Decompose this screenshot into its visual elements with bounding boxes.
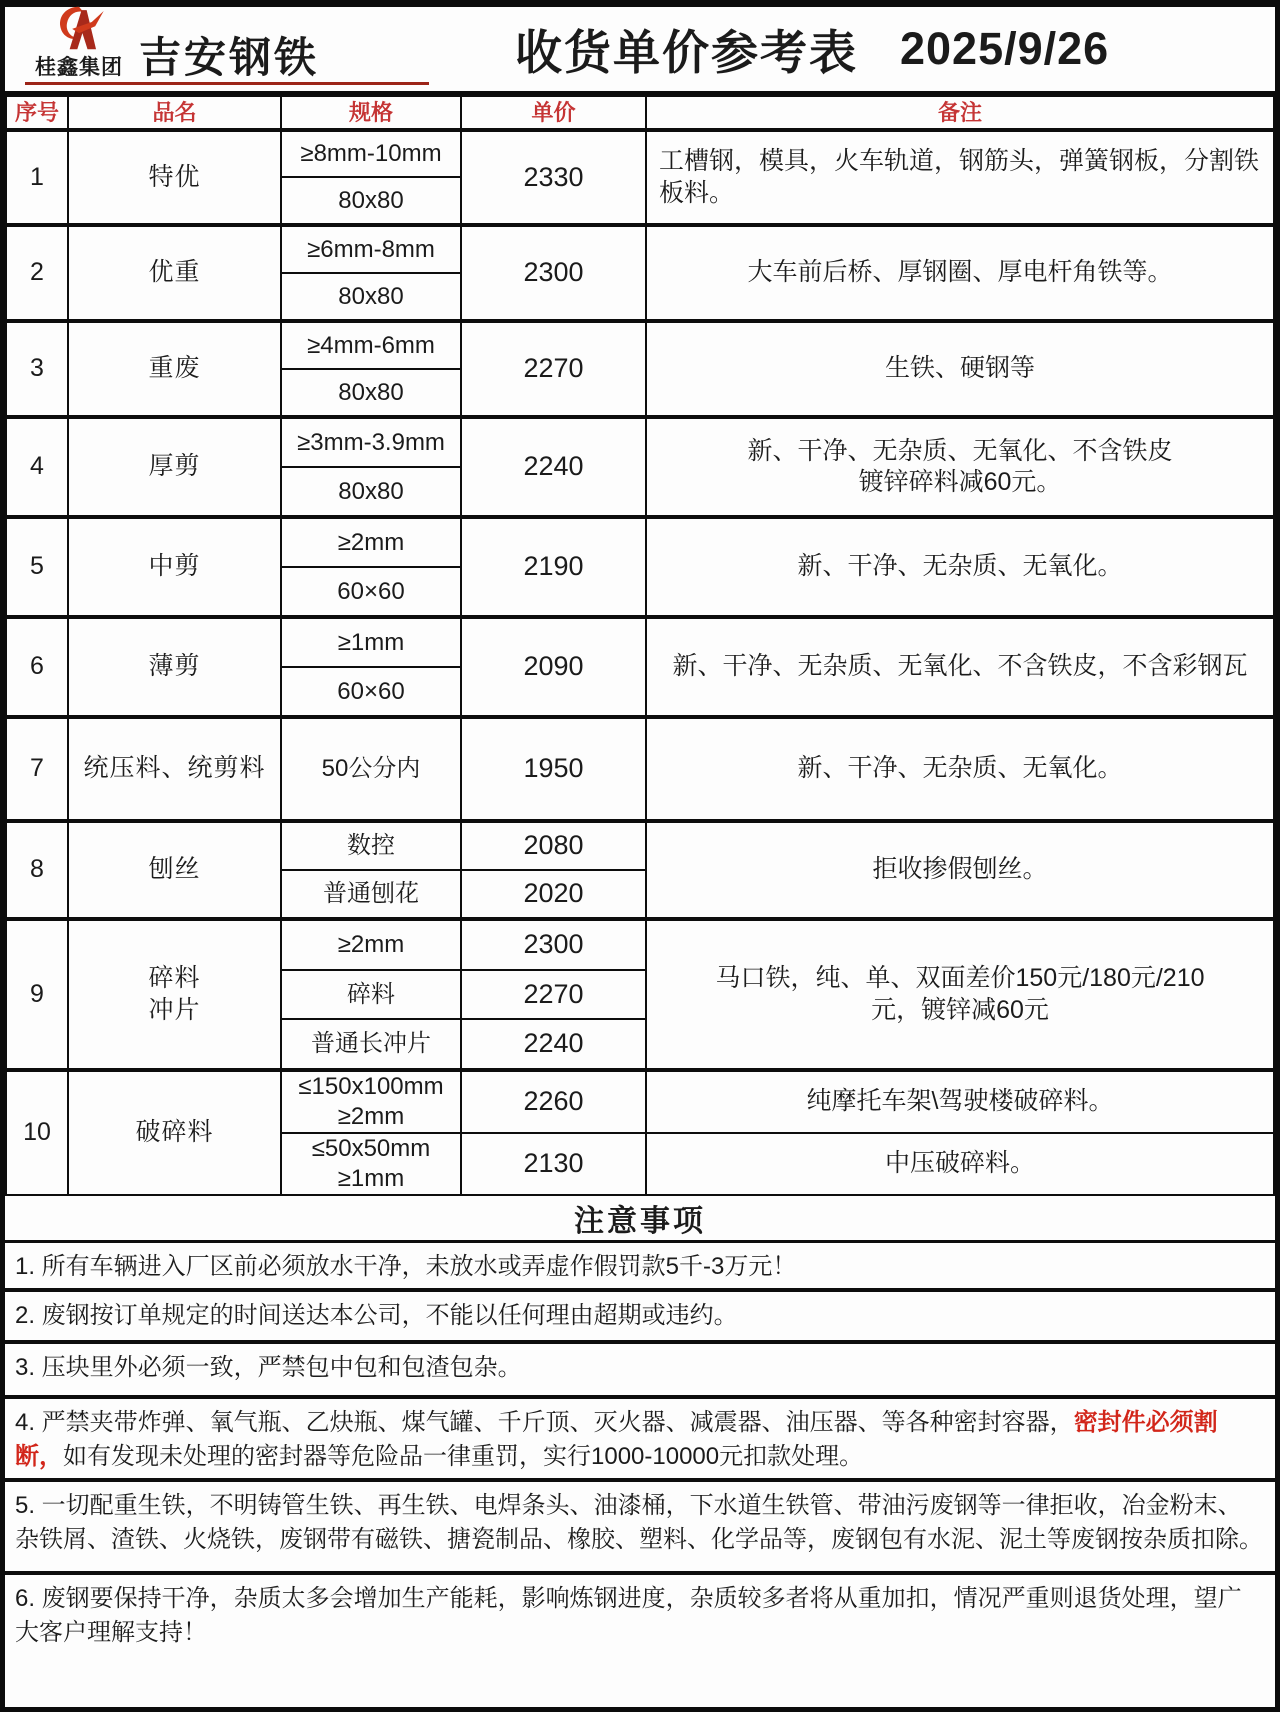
remark: 马口铁，纯、单、双面差价150元/180元/210元，镀锌减60元 — [646, 919, 1274, 1070]
brand-block: 桂鑫集团 吉安钢铁 — [19, 7, 449, 91]
product-name: 优重 — [68, 225, 281, 321]
price-reference-sheet: 桂鑫集团 吉安钢铁 收货单价参考表 2025/9/26 序号品名规格单价备注 1… — [0, 0, 1280, 1712]
table-row: 7统压料、统剪料50公分内1950新、干净、无杂质、无氧化。 — [6, 717, 1274, 821]
spec: ≥2mm — [281, 919, 461, 970]
spec: 80x80 — [281, 467, 461, 517]
row-number: 2 — [6, 225, 68, 321]
unit-price: 2240 — [461, 1019, 646, 1070]
spec: 60×60 — [281, 567, 461, 617]
table-row: 9碎料冲片≥2mm2300马口铁，纯、单、双面差价150元/180元/210元，… — [6, 919, 1274, 970]
unit-price: 2260 — [461, 1070, 646, 1133]
product-name: 重废 — [68, 321, 281, 417]
column-header: 品名 — [68, 96, 281, 130]
row-number: 8 — [6, 821, 68, 919]
note-text: 如有发现未处理的密封器等危险品一律重罚，实行1000-10000元扣款处理。 — [63, 1443, 863, 1470]
table-row: 6薄剪≥1mm2090新、干净、无杂质、无氧化、不含铁皮，不含彩钢瓦 — [6, 617, 1274, 667]
spec: 80x80 — [281, 177, 461, 225]
note-text: 1. 所有车辆进入厂区前必须放水干净，未放水或弄虚作假罚款5千-3万元！ — [15, 1253, 796, 1280]
table-row: 4厚剪≥3mm-3.9mm2240新、干净、无杂质、无氧化、不含铁皮镀锌碎料减6… — [6, 417, 1274, 467]
brand-underline — [25, 82, 429, 85]
spec: 80x80 — [281, 273, 461, 321]
document-date: 2025/9/26 — [900, 23, 1109, 75]
product-name: 刨丝 — [68, 821, 281, 919]
note-text: 5. 一切配重生铁，不明铸管生铁、再生铁、电焊条头、油漆桶，下水道生铁管、带油污… — [15, 1492, 1263, 1553]
remark: 新、干净、无杂质、无氧化。 — [646, 517, 1274, 617]
remark: 中压破碎料。 — [646, 1133, 1274, 1195]
unit-price: 1950 — [461, 717, 646, 821]
sheet-header: 桂鑫集团 吉安钢铁 收货单价参考表 2025/9/26 — [5, 7, 1275, 95]
note-item: 4. 严禁夹带炸弹、氧气瓶、乙炔瓶、煤气罐、千斤顶、灭火器、减震器、油压器、等各… — [5, 1399, 1275, 1482]
product-name: 中剪 — [68, 517, 281, 617]
product-name: 特优 — [68, 130, 281, 225]
spec: ≤150x100mm≥2mm — [281, 1070, 461, 1133]
spec: 碎料 — [281, 970, 461, 1019]
spec: ≥4mm-6mm — [281, 321, 461, 369]
table-row: 3重废≥4mm-6mm2270生铁、硬钢等 — [6, 321, 1274, 369]
row-number: 10 — [6, 1070, 68, 1195]
unit-price: 2130 — [461, 1133, 646, 1195]
remark: 新、干净、无杂质、无氧化。 — [646, 717, 1274, 821]
remark: 新、干净、无杂质、无氧化、不含铁皮，不含彩钢瓦 — [646, 617, 1274, 717]
remark: 生铁、硬钢等 — [646, 321, 1274, 417]
product-name: 碎料冲片 — [68, 919, 281, 1070]
remark: 纯摩托车架\驾驶楼破碎料。 — [646, 1070, 1274, 1133]
spec: ≥2mm — [281, 517, 461, 567]
note-text: 6. 废钢要保持干净，杂质太多会增加生产能耗，影响炼钢进度，杂质较多者将从重加扣… — [15, 1585, 1242, 1646]
note-item: 6. 废钢要保持干净，杂质太多会增加生产能耗，影响炼钢进度，杂质较多者将从重加扣… — [5, 1575, 1275, 1707]
row-number: 3 — [6, 321, 68, 417]
row-number: 7 — [6, 717, 68, 821]
unit-price: 2270 — [461, 970, 646, 1019]
unit-price: 2090 — [461, 617, 646, 717]
unit-price: 2190 — [461, 517, 646, 617]
column-header: 规格 — [281, 96, 461, 130]
product-name: 厚剪 — [68, 417, 281, 517]
price-table-head: 序号品名规格单价备注 — [6, 96, 1274, 130]
unit-price: 2020 — [461, 870, 646, 919]
note-text: 3. 压块里外必须一致，严禁包中包和包渣包杂。 — [15, 1354, 522, 1381]
group-name: 桂鑫集团 — [35, 51, 123, 81]
remark: 大车前后桥、厚钢圈、厚电杆角铁等。 — [646, 225, 1274, 321]
spec: 普通刨花 — [281, 870, 461, 919]
remark: 拒收掺假刨丝。 — [646, 821, 1274, 919]
spec: 50公分内 — [281, 717, 461, 821]
unit-price: 2300 — [461, 225, 646, 321]
company-name: 吉安钢铁 — [139, 37, 319, 81]
spec: ≥1mm — [281, 617, 461, 667]
document-title: 收货单价参考表 — [515, 16, 858, 83]
table-row: 5中剪≥2mm2190新、干净、无杂质、无氧化。 — [6, 517, 1274, 567]
note-item: 3. 压块里外必须一致，严禁包中包和包渣包杂。 — [5, 1344, 1275, 1399]
table-row: 10破碎料≤150x100mm≥2mm2260纯摩托车架\驾驶楼破碎料。 — [6, 1070, 1274, 1133]
remark: 新、干净、无杂质、无氧化、不含铁皮镀锌碎料减60元。 — [646, 417, 1274, 517]
product-name: 破碎料 — [68, 1070, 281, 1195]
spec: ≤50x50mm≥1mm — [281, 1133, 461, 1195]
note-text: 4. 严禁夹带炸弹、氧气瓶、乙炔瓶、煤气罐、千斤顶、灭火器、减震器、油压器、等各… — [15, 1409, 1074, 1436]
row-number: 4 — [6, 417, 68, 517]
note-text: 2. 废钢按订单规定的时间送达本公司，不能以任何理由超期或违约。 — [15, 1302, 738, 1329]
product-name: 统压料、统剪料 — [68, 717, 281, 821]
row-number: 6 — [6, 617, 68, 717]
table-row: 2优重≥6mm-8mm2300大车前后桥、厚钢圈、厚电杆角铁等。 — [6, 225, 1274, 273]
unit-price: 2240 — [461, 417, 646, 517]
company-logo-icon — [53, 5, 105, 51]
spec: 80x80 — [281, 369, 461, 417]
note-item: 2. 废钢按订单规定的时间送达本公司，不能以任何理由超期或违约。 — [5, 1292, 1275, 1344]
unit-price: 2080 — [461, 821, 646, 870]
notes-section: 注意事项 1. 所有车辆进入厂区前必须放水干净，未放水或弄虚作假罚款5千-3万元… — [5, 1196, 1275, 1707]
unit-price: 2300 — [461, 919, 646, 970]
row-number: 5 — [6, 517, 68, 617]
note-item: 5. 一切配重生铁，不明铸管生铁、再生铁、电焊条头、油漆桶，下水道生铁管、带油污… — [5, 1482, 1275, 1575]
note-item: 1. 所有车辆进入厂区前必须放水干净，未放水或弄虚作假罚款5千-3万元！ — [5, 1243, 1275, 1292]
column-header: 单价 — [461, 96, 646, 130]
row-number: 1 — [6, 130, 68, 225]
price-table-body: 1特优≥8mm-10mm2330工槽钢，模具，火车轨道，钢筋头，弹簧钢板，分割铁… — [6, 130, 1274, 1195]
unit-price: 2330 — [461, 130, 646, 225]
price-table: 序号品名规格单价备注 1特优≥8mm-10mm2330工槽钢，模具，火车轨道，钢… — [5, 95, 1275, 1196]
remark: 工槽钢，模具，火车轨道，钢筋头，弹簧钢板，分割铁板料。 — [646, 130, 1274, 225]
table-row: 1特优≥8mm-10mm2330工槽钢，模具，火车轨道，钢筋头，弹簧钢板，分割铁… — [6, 130, 1274, 177]
column-header: 备注 — [646, 96, 1274, 130]
spec: 普通长冲片 — [281, 1019, 461, 1070]
row-number: 9 — [6, 919, 68, 1070]
spec: 60×60 — [281, 667, 461, 717]
unit-price: 2270 — [461, 321, 646, 417]
column-header: 序号 — [6, 96, 68, 130]
spec: 数控 — [281, 821, 461, 870]
notes-list: 1. 所有车辆进入厂区前必须放水干净，未放水或弄虚作假罚款5千-3万元！2. 废… — [5, 1243, 1275, 1707]
table-row: 8刨丝数控2080拒收掺假刨丝。 — [6, 821, 1274, 870]
spec: ≥8mm-10mm — [281, 130, 461, 177]
spec: ≥6mm-8mm — [281, 225, 461, 273]
product-name: 薄剪 — [68, 617, 281, 717]
notes-title: 注意事项 — [5, 1196, 1275, 1243]
spec: ≥3mm-3.9mm — [281, 417, 461, 467]
